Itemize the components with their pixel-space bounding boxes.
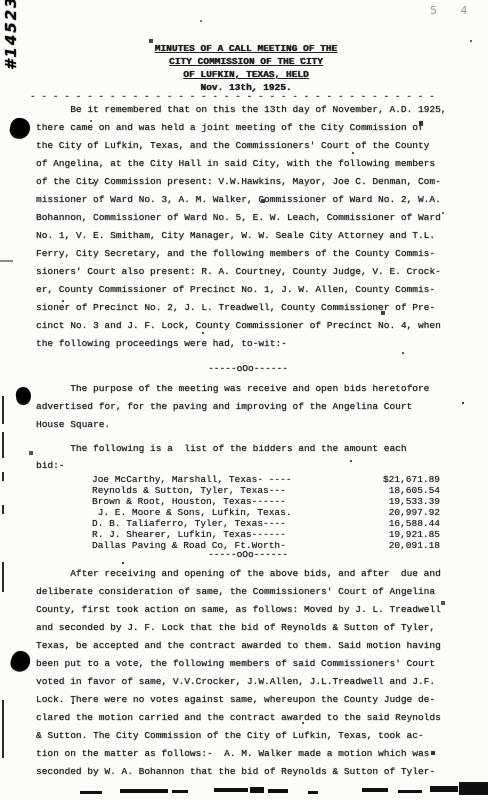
- bid-list: Joe McCarthy, Marshall, Texas- ---- $21,…: [36, 474, 460, 551]
- bid-row: J. E. Moore & Sons, Lufkin, Texas. 20,99…: [36, 507, 460, 518]
- bidders-intro-paragraph: The following is a list of the bidders a…: [36, 440, 460, 474]
- bid-row: R. J. Shearer, Lufkin, Texas------ 19,92…: [36, 529, 460, 540]
- bidder-name: J. E. Moore & Sons, Lufkin, Texas.: [36, 507, 354, 518]
- bid-amount: 19,533.39: [354, 496, 440, 507]
- handwritten-case-number: #14523: [2, 0, 20, 70]
- bottom-edge-artifact: [120, 789, 168, 793]
- bottom-edge-artifact: [362, 788, 388, 792]
- bottom-edge-artifact: [459, 782, 488, 795]
- bottom-edge-artifact: [308, 791, 318, 794]
- left-edge-mark: [2, 505, 4, 514]
- left-edge-mark: [2, 432, 4, 458]
- bottom-edge-artifact: [398, 790, 422, 793]
- bottom-edge-artifact: [172, 790, 188, 793]
- bidder-name: R. J. Shearer, Lufkin, Texas------: [36, 529, 354, 540]
- bid-row: Reynolds & Sutton, Tyler, Texas--- 18,60…: [36, 485, 460, 496]
- bid-row: Brown & Root, Houston, Texas------ 19,53…: [36, 496, 460, 507]
- bidder-name: Reynolds & Sutton, Tyler, Texas---: [36, 485, 354, 496]
- left-edge-mark: [2, 472, 4, 481]
- purpose-paragraph: The purpose of the meeting was receive a…: [36, 380, 460, 434]
- title-line-1: MINUTES OF A CALL MEETING OF THE: [36, 42, 456, 55]
- ink-blot: [8, 116, 32, 141]
- bottom-edge-artifact: [430, 786, 458, 792]
- ooo-separator-1: -----oOo------: [36, 362, 460, 376]
- bid-amount: 20,997.92: [354, 507, 440, 518]
- bid-amount: $21,671.89: [354, 474, 440, 485]
- document-title-block: MINUTES OF A CALL MEETING OF THE CITY CO…: [36, 42, 456, 94]
- bid-row: D. B. Taliaferro, Tyler, Texas---- 16,58…: [36, 518, 460, 529]
- left-edge-mark: [0, 260, 13, 262]
- scanned-minutes-page: #14523 5 4 MINUTES OF A CALL MEETING OF …: [0, 0, 488, 800]
- bidder-name: Joe McCarthy, Marshall, Texas- ----: [36, 474, 354, 485]
- bottom-edge-artifact: [80, 791, 102, 794]
- scan-speckles: [0, 0, 2, 2]
- left-edge-mark: [2, 396, 4, 424]
- left-edge-mark: [2, 562, 4, 592]
- pencil-page-number: 5 4: [430, 4, 482, 17]
- bidder-name: Brown & Root, Houston, Texas------: [36, 496, 354, 507]
- action-paragraph: After receiving and opening of the above…: [36, 565, 460, 781]
- ink-blot: [8, 648, 33, 674]
- ooo-separator-2: -----oOo------: [36, 549, 460, 561]
- bottom-edge-artifact: [268, 789, 288, 793]
- bid-row: Joe McCarthy, Marshall, Texas- ---- $21,…: [36, 474, 460, 485]
- bottom-edge-artifact: [250, 787, 264, 793]
- bid-amount: 16,588.44: [354, 518, 440, 529]
- title-line-2: CITY COMMISSION OF THE CITY: [36, 55, 456, 68]
- bidder-name: D. B. Taliaferro, Tyler, Texas----: [36, 518, 354, 529]
- opening-paragraph: Be it remembered that on this the 13th d…: [36, 101, 460, 353]
- bottom-edge-artifact: [214, 788, 248, 792]
- bid-amount: 19,921.85: [354, 529, 440, 540]
- bid-amount: 18,605.54: [354, 485, 440, 496]
- ink-blot: [15, 386, 32, 406]
- left-edge-mark: [2, 700, 4, 758]
- title-line-3: OF LUFKIN, TEXAS, HELD: [36, 68, 456, 81]
